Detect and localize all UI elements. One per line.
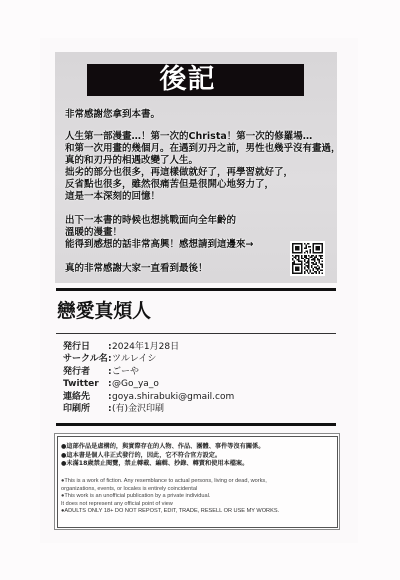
afterword-line: 這是一本深刻的回憶！ [65, 191, 341, 203]
afterword-line: 出下一本書的時候也想挑戰面向全年齡的 [65, 215, 253, 227]
colophon-label: 連絡先 [63, 391, 108, 403]
afterword-line: 真的和刃丹的相遇改變了人生。 [65, 155, 341, 167]
afterword-paragraph-reflection: 人生第一部漫畫…！第一次的Christa！第一次的修羅場… 和第一次用畫的幾個月… [65, 131, 341, 202]
colophon-label: Twitter [63, 378, 108, 390]
afterword-line: 人生第一部漫畫…！第一次的Christa！第一次的修羅場… [65, 131, 341, 143]
afterword-line: 真的非常感謝大家一直看到最後！ [65, 263, 208, 275]
qr-code-icon[interactable] [290, 241, 325, 276]
contact-email-link[interactable]: goya.shirabuki@gmail.com [112, 391, 234, 403]
twitter-handle-link[interactable]: @Go_ya_o [112, 378, 159, 390]
divider-thin [56, 333, 336, 334]
colophon-row-publish-date: 発行日 : 2024年1月28日 [63, 341, 234, 353]
book-title: 戀愛真煩人 [57, 301, 151, 323]
colophon-label: 発行者 [63, 366, 108, 378]
disclaimer-english: ●This is a work of fiction. Any resembla… [61, 478, 279, 516]
afterword-paragraph-thanks: 非常感謝您拿到本書。 [65, 109, 160, 121]
afterword-line: 拙劣的部分也很多，再這樣做就好了，再學習就好了， [65, 167, 341, 179]
colophon-label: 印刷所 [63, 403, 108, 415]
colophon-row-publisher: 発行者 : ごーや [63, 366, 234, 378]
afterword-line: 反省點也很多，雖然很痛苦但是很開心地努力了， [65, 179, 341, 191]
colophon-label: サークル名 [63, 353, 108, 365]
disclaimer-line: ●ADULTS ONLY 18+ DO NOT REPOST, EDIT, TR… [61, 508, 279, 516]
afterword-line: 能得到感想的話非常高興！感想請到這邊來→ [65, 239, 253, 251]
colophon-value: (有)金沢印刷 [112, 403, 164, 415]
disclaimer-line: It does not represent any official point… [61, 501, 279, 509]
disclaimer-line: organizations, events, or locales is ent… [61, 486, 279, 494]
qr-code-graphic [292, 243, 323, 274]
colophon-row-circle-name: サークル名 : ツルレイシ [63, 353, 234, 365]
disclaimer-line: ●This is a work of fiction. Any resembla… [61, 478, 279, 486]
disclaimer-line: ●這本書是個人非正式發行的，因此，它不符合官方設定。 [61, 452, 264, 461]
disclaimer-line: ●這部作品是虛構的，與實際存在的人物、作品、團體、事件等沒有關係。 [61, 443, 264, 452]
divider-thick-top [56, 288, 336, 291]
colophon-value: 2024年1月28日 [112, 341, 179, 353]
afterword-line: 溫暖的漫畫！ [65, 227, 253, 239]
afterword-paragraph-closing: 真的非常感謝大家一直看到最後！ [65, 263, 208, 275]
colophon-label: 発行日 [63, 341, 108, 353]
divider-thick-bottom [56, 423, 336, 426]
afterword-heading: 後記 [87, 64, 304, 96]
disclaimer-chinese: ●這部作品是虛構的，與實際存在的人物、作品、團體、事件等沒有關係。 ●這本書是個… [61, 443, 264, 469]
disclaimer-line: ●This work is an unofficial publication … [61, 493, 279, 501]
colophon-row-contact: 連絡先 : goya.shirabuki@gmail.com [63, 391, 234, 403]
colophon-value: ツルレイシ [112, 353, 156, 365]
disclaimer-line: ●未滿18歲禁止閱覽，禁止轉載、編輯、抄錄、轉賣和使用本檔案。 [61, 460, 264, 469]
colophon-row-printer: 印刷所 : (有)金沢印刷 [63, 403, 234, 415]
afterword-paragraph-next-book: 出下一本書的時候也想挑戰面向全年齡的 溫暖的漫畫！ 能得到感想的話非常高興！感想… [65, 215, 253, 251]
colophon-value: ごーや [112, 366, 139, 378]
afterword-line: 和第一次用畫的幾個月。在遇到刃丹之前，男性也幾乎沒有畫過， [65, 143, 341, 155]
colophon-row-twitter: Twitter : @Go_ya_o [63, 378, 234, 390]
disclaimer-box: ●這部作品是虛構的，與實際存在的人物、作品、團體、事件等沒有關係。 ●這本書是個… [54, 433, 340, 530]
afterword-line: 非常感謝您拿到本書。 [65, 109, 160, 121]
colophon: 発行日 : 2024年1月28日 サークル名 : ツルレイシ 発行者 : ごーや… [63, 341, 234, 415]
